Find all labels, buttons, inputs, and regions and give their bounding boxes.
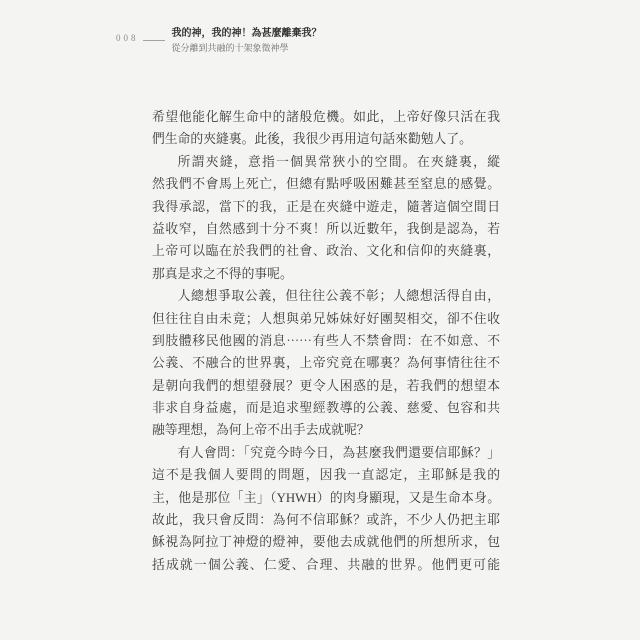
text-line: 所謂夾縫，意指一個異常狹小的空間。在夾縫裏，縱 [152, 151, 500, 173]
text-line: 非求自身益處，而是追求聖經教導的公義、慈愛、包容和共 [152, 397, 500, 419]
text-line: 益收窄，自然感到十分不爽！所以近數年，我倒是認為，若 [152, 218, 500, 240]
header-titles: 我的神，我的神！為甚麼離棄我？ 從分離到共融的十架象徵神學 [172, 27, 322, 54]
text-line: 們生命的夾縫裏。此後，我很少再用這句話來勸勉人了。 [152, 128, 500, 150]
paragraph: 希望他能化解生命中的諸般危機。如此，上帝好像只活在我們生命的夾縫裏。此後，我很少… [152, 106, 500, 151]
text-line: 然我們不會馬上死亡，但總有點呼吸困難甚至窒息的感覺。 [152, 173, 500, 195]
text-line: 公義、不融合的世界裏，上帝究竟在哪裏？為何事情往往不 [152, 352, 500, 374]
text-line: 主，他是那位「主」（YHWH）的肉身顯現，又是生命本身。 [152, 487, 500, 509]
body-text: 希望他能化解生命中的諸般危機。如此，上帝好像只活在我們生命的夾縫裏。此後，我很少… [152, 106, 500, 576]
text-line: 希望他能化解生命中的諸般危機。如此，上帝好像只活在我 [152, 106, 500, 128]
paragraph: 所謂夾縫，意指一個異常狹小的空間。在夾縫裏，縱然我們不會馬上死亡，但總有點呼吸困… [152, 151, 500, 285]
text-line: 到肢體移民他國的消息⋯⋯有些人不禁會問：在不如意、不 [152, 330, 500, 352]
text-line: 上帝可以臨在於我們的社會、政治、文化和信仰的夾縫裏， [152, 240, 500, 262]
text-line: 這不是我個人要問的問題，因我一直認定，主耶穌是我的 [152, 464, 500, 486]
book-page: 008 我的神，我的神！為甚麼離棄我？ 從分離到共融的十架象徵神學 希望他能化解… [0, 0, 640, 640]
text-line: 穌視為阿拉丁神燈的燈神，要他去成就他們的所想所求，包 [152, 531, 500, 553]
text-line: 人總想爭取公義，但往往公義不彰；人總想活得自由， [152, 285, 500, 307]
page-number: 008 [116, 33, 139, 43]
text-line: 那真是求之不得的事呢。 [152, 263, 500, 285]
book-subtitle: 從分離到共融的十架象徵神學 [172, 43, 322, 54]
paragraph: 有人會問：「究竟今時今日，為甚麼我們還要信耶穌？」這不是我個人要問的問題，因我一… [152, 442, 500, 576]
text-line: 我得承認，當下的我，正是在夾縫中遊走，隨著這個空間日 [152, 196, 500, 218]
book-title: 我的神，我的神！為甚麼離棄我？ [172, 27, 322, 40]
paragraph: 人總想爭取公義，但往往公義不彰；人總想活得自由，但往往自由未竟；人想與弟兄姊妹好… [152, 285, 500, 442]
text-line: 有人會問：「究竟今時今日，為甚麼我們還要信耶穌？」 [152, 442, 500, 464]
text-line: 但往往自由未竟；人想與弟兄姊妹好好團契相交，卻不住收 [152, 308, 500, 330]
text-line: 故此，我只會反問：為何不信耶穌？或許，不少人仍把主耶 [152, 509, 500, 531]
text-line: 括成就一個公義、仁愛、合理、共融的世界。他們更可能 [152, 554, 500, 576]
header-rule [143, 40, 165, 41]
page-header: 008 我的神，我的神！為甚麼離棄我？ 從分離到共融的十架象徵神學 [116, 27, 322, 54]
text-line: 融等理想，為何上帝不出手去成就呢？ [152, 419, 500, 441]
text-line: 是朝向我們的想望發展？更令人困惑的是，若我們的想望本 [152, 375, 500, 397]
